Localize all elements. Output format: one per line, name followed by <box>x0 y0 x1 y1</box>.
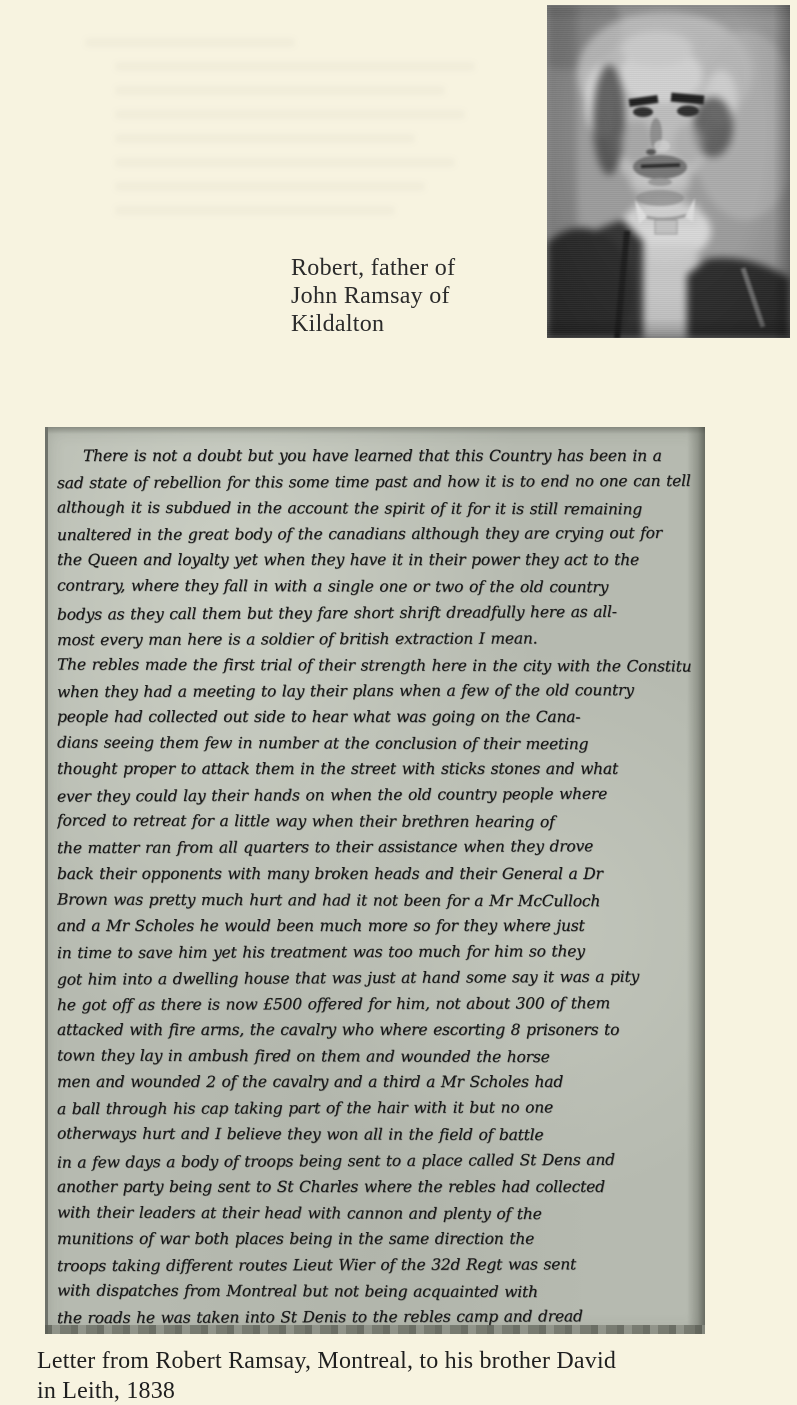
letter-line: dians seeing them few in number at the c… <box>57 730 691 758</box>
portrait-grain <box>547 5 790 338</box>
letter-top-edge <box>45 427 705 434</box>
letter-line: attacked with fire arms, the cavalry who… <box>57 1017 691 1043</box>
letter-line: bodys as they call them but they fare sh… <box>57 598 691 627</box>
letter-line: most every man here is a soldier of brit… <box>57 625 691 653</box>
portrait-caption-line: John Ramsay of <box>291 282 541 310</box>
letter-line: the Queen and loyalty yet when they have… <box>57 547 691 573</box>
letter-caption: Letter from Robert Ramsay, Montreal, to … <box>37 1346 737 1405</box>
letter-line: the matter ran from all quarters to thei… <box>57 833 691 861</box>
letter-line: otherways hurt and I believe they won al… <box>57 1121 691 1149</box>
letter-line: in time to save him yet his treatment wa… <box>57 938 691 966</box>
letter-line: men and wounded 2 of the cavalry and a t… <box>57 1069 691 1095</box>
letter-line: he got off as there is now £500 offered … <box>57 990 691 1018</box>
letter-line: with dispatches from Montreal but not be… <box>57 1278 691 1306</box>
letter-line: a ball through his cap taking part of th… <box>57 1094 691 1122</box>
page-bleed-through <box>55 38 455 268</box>
letter-line: ever they could lay their hands on when … <box>57 781 691 810</box>
letter-line: contrary, where they fall in with a sing… <box>57 573 691 601</box>
letter-line: The rebles made the first trial of their… <box>57 651 691 679</box>
letter-line: forced to retreat for a little way when … <box>57 808 691 836</box>
letter-line: people had collected out side to hear wh… <box>57 704 691 730</box>
letter-line: the roads he was taken into St Denis to … <box>57 1303 691 1331</box>
portrait-caption-line: Kildalton <box>291 310 541 338</box>
letter-line: and a Mr Scholes he would been much more… <box>57 913 691 939</box>
letter-line: another party being sent to St Charles w… <box>57 1174 691 1200</box>
letter-left-edge <box>45 427 48 1334</box>
letter-line: when they had a meeting to lay their pla… <box>57 677 691 705</box>
letter-line: troops taking different routes Lieut Wie… <box>57 1251 691 1279</box>
letter-line: back their opponents with many broken he… <box>57 861 691 887</box>
letter-line: got him into a dwelling house that was j… <box>57 963 691 992</box>
portrait-caption: Robert, father of John Ramsay of Kildalt… <box>291 254 541 338</box>
letter-line: although it is subdued in the account th… <box>57 495 691 523</box>
letter-line: There is not a doubt but you have learne… <box>57 443 691 469</box>
letter-line: munitions of war both places being in th… <box>57 1226 691 1252</box>
portrait-caption-line: Robert, father of <box>291 254 541 282</box>
letter-line: sad state of rebellion for this some tim… <box>57 468 691 496</box>
book-page: Robert, father of John Ramsay of Kildalt… <box>0 0 797 1405</box>
letter-line: unaltered in the great body of the canad… <box>57 520 691 548</box>
letter-line: Brown was pretty much hurt and had it no… <box>57 886 691 914</box>
letter-photo: There is not a doubt but you have learne… <box>45 427 705 1334</box>
letter-caption-line: in Leith, 1838 <box>37 1376 737 1405</box>
letter-line: with their leaders at their head with ca… <box>57 1199 691 1227</box>
portrait-photo <box>547 5 790 338</box>
letter-handwriting: There is not a doubt but you have learne… <box>57 443 691 1330</box>
letter-caption-line: Letter from Robert Ramsay, Montreal, to … <box>37 1346 737 1376</box>
letter-line: thought proper to attack them in the str… <box>57 756 691 782</box>
letter-line: town they lay in ambush fired on them an… <box>57 1043 691 1071</box>
letter-line: in a few days a body of troops being sen… <box>57 1146 691 1175</box>
